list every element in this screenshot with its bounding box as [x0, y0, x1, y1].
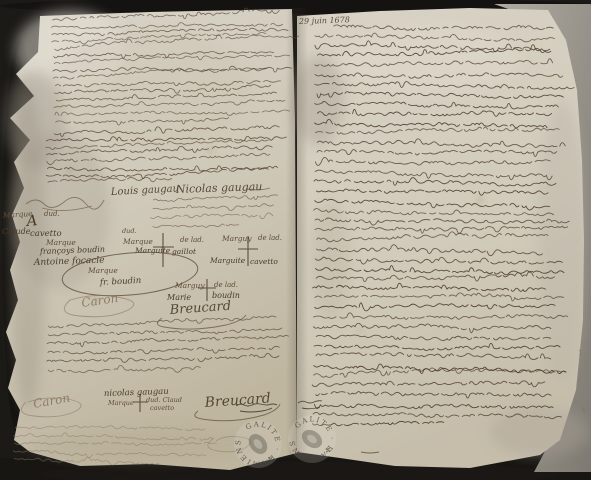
- name-claude: Claude: [2, 227, 31, 236]
- name-marguite: Marguite: [209, 256, 246, 265]
- manuscript-canvas: 29 juin 1678 Louis gaugau Nicolas gaugau…: [0, 0, 591, 480]
- marque-label: Marque: [122, 237, 153, 246]
- de-lad-label: de lad.: [214, 281, 238, 289]
- name-marie: Marie: [166, 293, 191, 302]
- de-lad-label: de lad.: [180, 236, 204, 244]
- marque-label: Marque: [87, 266, 118, 275]
- manuscript-photo: 29 juin 1678 Louis gaugau Nicolas gaugau…: [0, 0, 591, 480]
- dud-label: dud.: [44, 210, 60, 218]
- name-cavetto: cavetto: [250, 257, 278, 266]
- marque-label: Marque: [107, 399, 134, 407]
- de-lad-label: de lad.: [258, 234, 282, 242]
- marguy-label: Marguy: [174, 281, 205, 290]
- spine-fold-shadow: [286, 8, 308, 454]
- dud-label: dud.: [122, 227, 137, 235]
- dud-claud-label: dud. Claud: [146, 396, 182, 404]
- date-heading: 29 juin 1678: [298, 15, 350, 26]
- name-cavetto: cavetto: [150, 404, 174, 412]
